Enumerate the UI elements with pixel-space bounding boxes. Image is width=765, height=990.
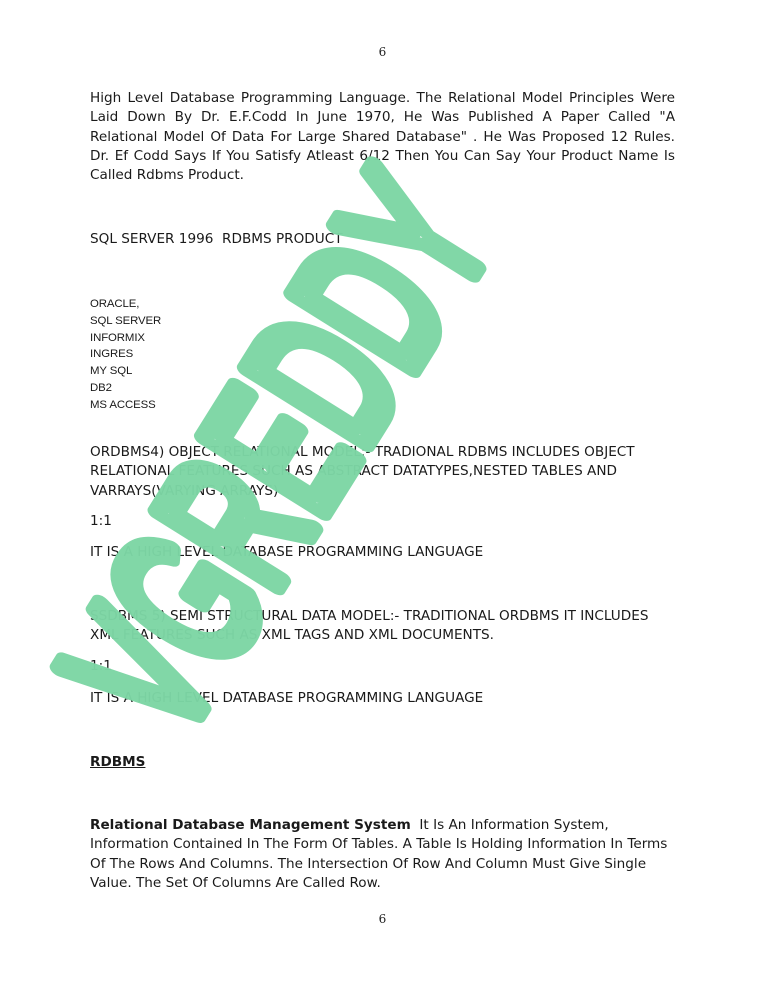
ssdbms-paragraph: SSDBMS 5) SEMI STRUCTURAL DATA MODEL:- T… xyxy=(90,607,675,646)
rdbms-definition-paragraph: Relational Database Management System It… xyxy=(90,816,675,893)
intro-paragraph: High Level Database Programming Language… xyxy=(90,89,675,185)
list-item: MS ACCESS xyxy=(90,397,161,414)
high-level-text: IT IS A HIGH LEVEL DATABASE PROGRAMMING … xyxy=(90,543,675,562)
list-item: ORACLE, xyxy=(90,296,161,313)
ordbms-paragraph: ORDBMS4) OBJECT RELATIONAL MODEL:- TRADI… xyxy=(90,443,675,501)
ratio-text: 1:1 xyxy=(90,512,675,531)
page-number-bottom: 6 xyxy=(0,912,765,926)
rdbms-heading: RDBMS xyxy=(90,753,675,772)
sql-server-line: SQL SERVER 1996 RDBMS PRODUCT xyxy=(90,230,675,249)
list-item: MY SQL xyxy=(90,363,161,380)
list-item: DB2 xyxy=(90,380,161,397)
high-level-text: IT IS A HIGH LEVEL DATABASE PROGRAMMING … xyxy=(90,689,675,708)
list-item: SQL SERVER xyxy=(90,313,161,330)
list-item: INGRES xyxy=(90,346,161,363)
list-item: INFORMIX xyxy=(90,330,161,347)
rdbms-definition-term: Relational Database Management System xyxy=(90,817,411,833)
ratio-text: 1:1 xyxy=(90,657,675,676)
rdbms-product-list: ORACLE, SQL SERVER INFORMIX INGRES MY SQ… xyxy=(90,296,161,414)
page-number-top: 6 xyxy=(0,45,765,59)
